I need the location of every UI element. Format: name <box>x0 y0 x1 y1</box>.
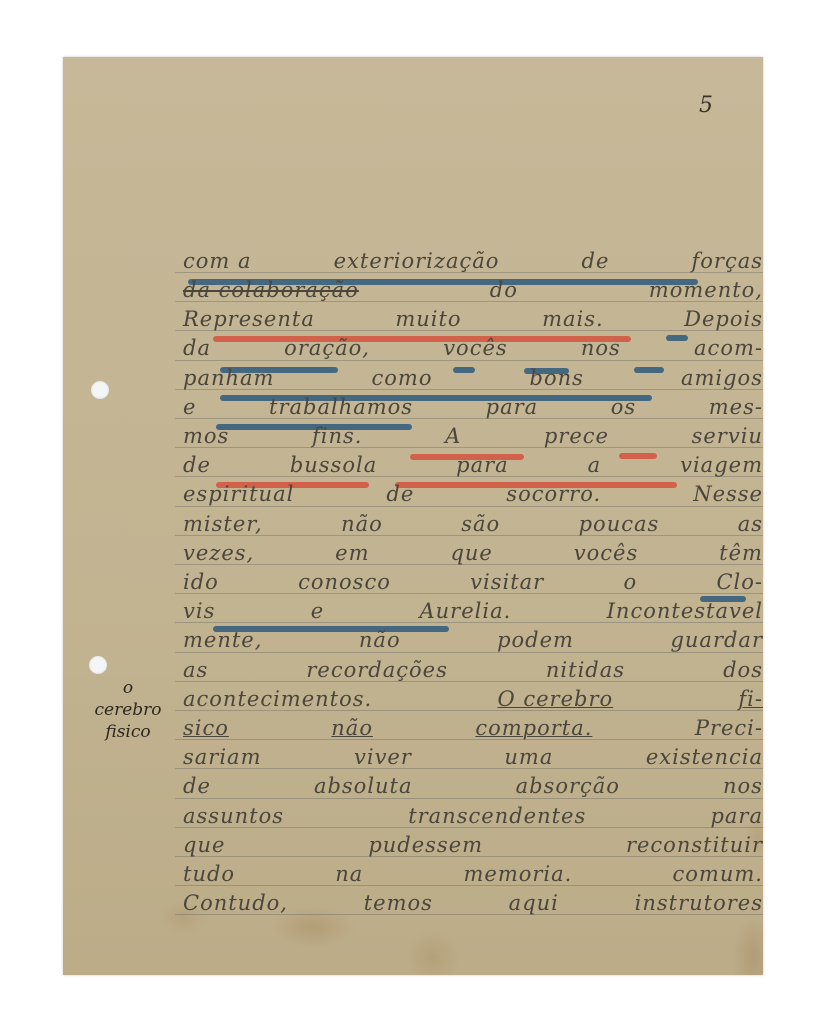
text-line: de absoluta absorção nos <box>183 774 763 798</box>
word: a <box>588 453 602 477</box>
word: momento, <box>649 278 763 302</box>
word: do <box>490 278 518 302</box>
word: os <box>611 395 636 419</box>
word: Nesse <box>693 482 763 506</box>
word: temos <box>364 891 433 915</box>
text-line: as recordações nitidas dos <box>183 658 763 682</box>
word: como <box>372 366 433 390</box>
word: bussola <box>290 453 377 477</box>
word: Depois <box>684 307 763 331</box>
word: com a <box>183 249 252 273</box>
word: de <box>183 774 211 798</box>
word: muito <box>395 307 461 331</box>
underlined-word: sico <box>183 716 229 740</box>
text-line: vis e Aurelia. Incontestavel <box>183 599 763 623</box>
word: vis <box>183 599 215 623</box>
text-line: sariam viver uma existencia <box>183 745 763 769</box>
text-line: com a exteriorização de forças <box>183 249 763 273</box>
word: as <box>738 512 763 536</box>
word: de <box>582 249 610 273</box>
word: serviu <box>692 424 763 448</box>
word: da <box>183 336 211 360</box>
text-line: vezes, em que vocês têm <box>183 541 763 565</box>
word: acom- <box>694 336 763 360</box>
word: mente, <box>183 628 262 652</box>
word: Preci- <box>695 716 763 740</box>
struck-word: da colaboração <box>183 278 359 302</box>
text-line: assuntos transcendentes para <box>183 804 763 828</box>
word: mais. <box>542 307 604 331</box>
word: existencia <box>646 745 763 769</box>
word: panham <box>183 366 274 390</box>
word: espiritual <box>183 482 294 506</box>
text-line: tudo na memoria. comum. <box>183 862 763 886</box>
word: memoria. <box>463 862 572 886</box>
underlined-word: fi- <box>738 687 763 711</box>
word: nos <box>723 774 763 798</box>
punch-hole <box>91 381 109 399</box>
word: amigos <box>681 366 763 390</box>
word: absoluta <box>314 774 413 798</box>
word: transcendentes <box>408 804 586 828</box>
word: têm <box>719 541 763 565</box>
word: vocês <box>574 541 638 565</box>
word: viagem <box>680 453 763 477</box>
word: fins. <box>312 424 362 448</box>
word: na <box>335 862 363 886</box>
word: para <box>486 395 539 419</box>
text-line: panham como bons amigos <box>183 366 763 390</box>
manuscript-page: 5 o cerebro fisico com a exteriorização … <box>63 57 763 975</box>
word: não <box>341 512 383 536</box>
margin-note-line: cerebro <box>73 699 183 721</box>
text-line: ido conosco visitar o Clo- <box>183 570 763 594</box>
word: que <box>183 833 225 857</box>
word: ido <box>183 570 219 594</box>
word: Aurelia. <box>419 599 511 623</box>
word: poucas <box>579 512 660 536</box>
word: conosco <box>298 570 391 594</box>
word: as <box>183 658 208 682</box>
text-line: da colaboração do momento, <box>183 278 763 302</box>
word: o <box>624 570 638 594</box>
word: uma <box>504 745 553 769</box>
word: para <box>710 804 763 828</box>
word: para <box>456 453 509 477</box>
word: prece <box>544 424 609 448</box>
underlined-word: comporta. <box>475 716 592 740</box>
word: trabalhamos <box>269 395 413 419</box>
word: exteriorização <box>334 249 500 273</box>
word: assuntos <box>183 804 284 828</box>
word: acontecimentos. <box>183 687 372 711</box>
text-line: mos fins. A prece serviu <box>183 424 763 448</box>
text-line: espiritual de socorro. Nesse <box>183 482 763 506</box>
page-number: 5 <box>699 93 713 118</box>
word: comum. <box>673 862 763 886</box>
word: Clo- <box>716 570 763 594</box>
word: sariam <box>183 745 262 769</box>
text-line: e trabalhamos para os mes- <box>183 395 763 419</box>
word: guardar <box>670 628 763 652</box>
word: não <box>359 628 401 652</box>
word: nitidas <box>546 658 625 682</box>
word: aqui <box>509 891 559 915</box>
word: que <box>450 541 492 565</box>
text-line: que pudessem reconstituir <box>183 833 763 857</box>
word: vezes, <box>183 541 254 565</box>
punch-hole <box>89 656 107 674</box>
underlined-word: O cerebro <box>497 687 613 711</box>
word: em <box>335 541 369 565</box>
word: visitar <box>470 570 544 594</box>
word: reconstituir <box>626 833 763 857</box>
text-line: mister, não são poucas as <box>183 512 763 536</box>
word: mes- <box>709 395 763 419</box>
word: pudessem <box>368 833 483 857</box>
word: recordações <box>306 658 447 682</box>
word: tudo <box>183 862 235 886</box>
word: absorção <box>516 774 620 798</box>
text-line: de bussola para a viagem <box>183 453 763 477</box>
word: Representa <box>183 307 315 331</box>
word: viver <box>354 745 412 769</box>
word: dos <box>723 658 763 682</box>
word: Contudo, <box>183 891 288 915</box>
word: bons <box>530 366 584 390</box>
word: Incontestavel <box>607 599 763 623</box>
word: nos <box>581 336 621 360</box>
text-line: Representa muito mais. Depois <box>183 307 763 331</box>
word: mister, <box>183 512 263 536</box>
word: são <box>461 512 500 536</box>
word: de <box>386 482 414 506</box>
word: de <box>183 453 211 477</box>
word: vocês <box>443 336 507 360</box>
margin-note: o cerebro fisico <box>73 677 183 743</box>
word: e <box>311 599 324 623</box>
word: socorro. <box>506 482 601 506</box>
word: mos <box>183 424 229 448</box>
margin-note-line: fisico <box>73 721 183 743</box>
text-line: Contudo, temos aqui instrutores <box>183 891 763 915</box>
text-line: sico não comporta. Preci- <box>183 716 763 740</box>
word: forças <box>691 249 763 273</box>
word: instrutores <box>635 891 763 915</box>
text-line: da oração, vocês nos acom- <box>183 336 763 360</box>
text-line: mente, não podem guardar <box>183 628 763 652</box>
word: e <box>183 395 196 419</box>
margin-note-line: o <box>73 677 183 699</box>
word: podem <box>497 628 574 652</box>
word: A <box>445 424 461 448</box>
text-line: acontecimentos. O cerebro fi- <box>183 687 763 711</box>
word: oração, <box>284 336 370 360</box>
underlined-word: não <box>331 716 373 740</box>
